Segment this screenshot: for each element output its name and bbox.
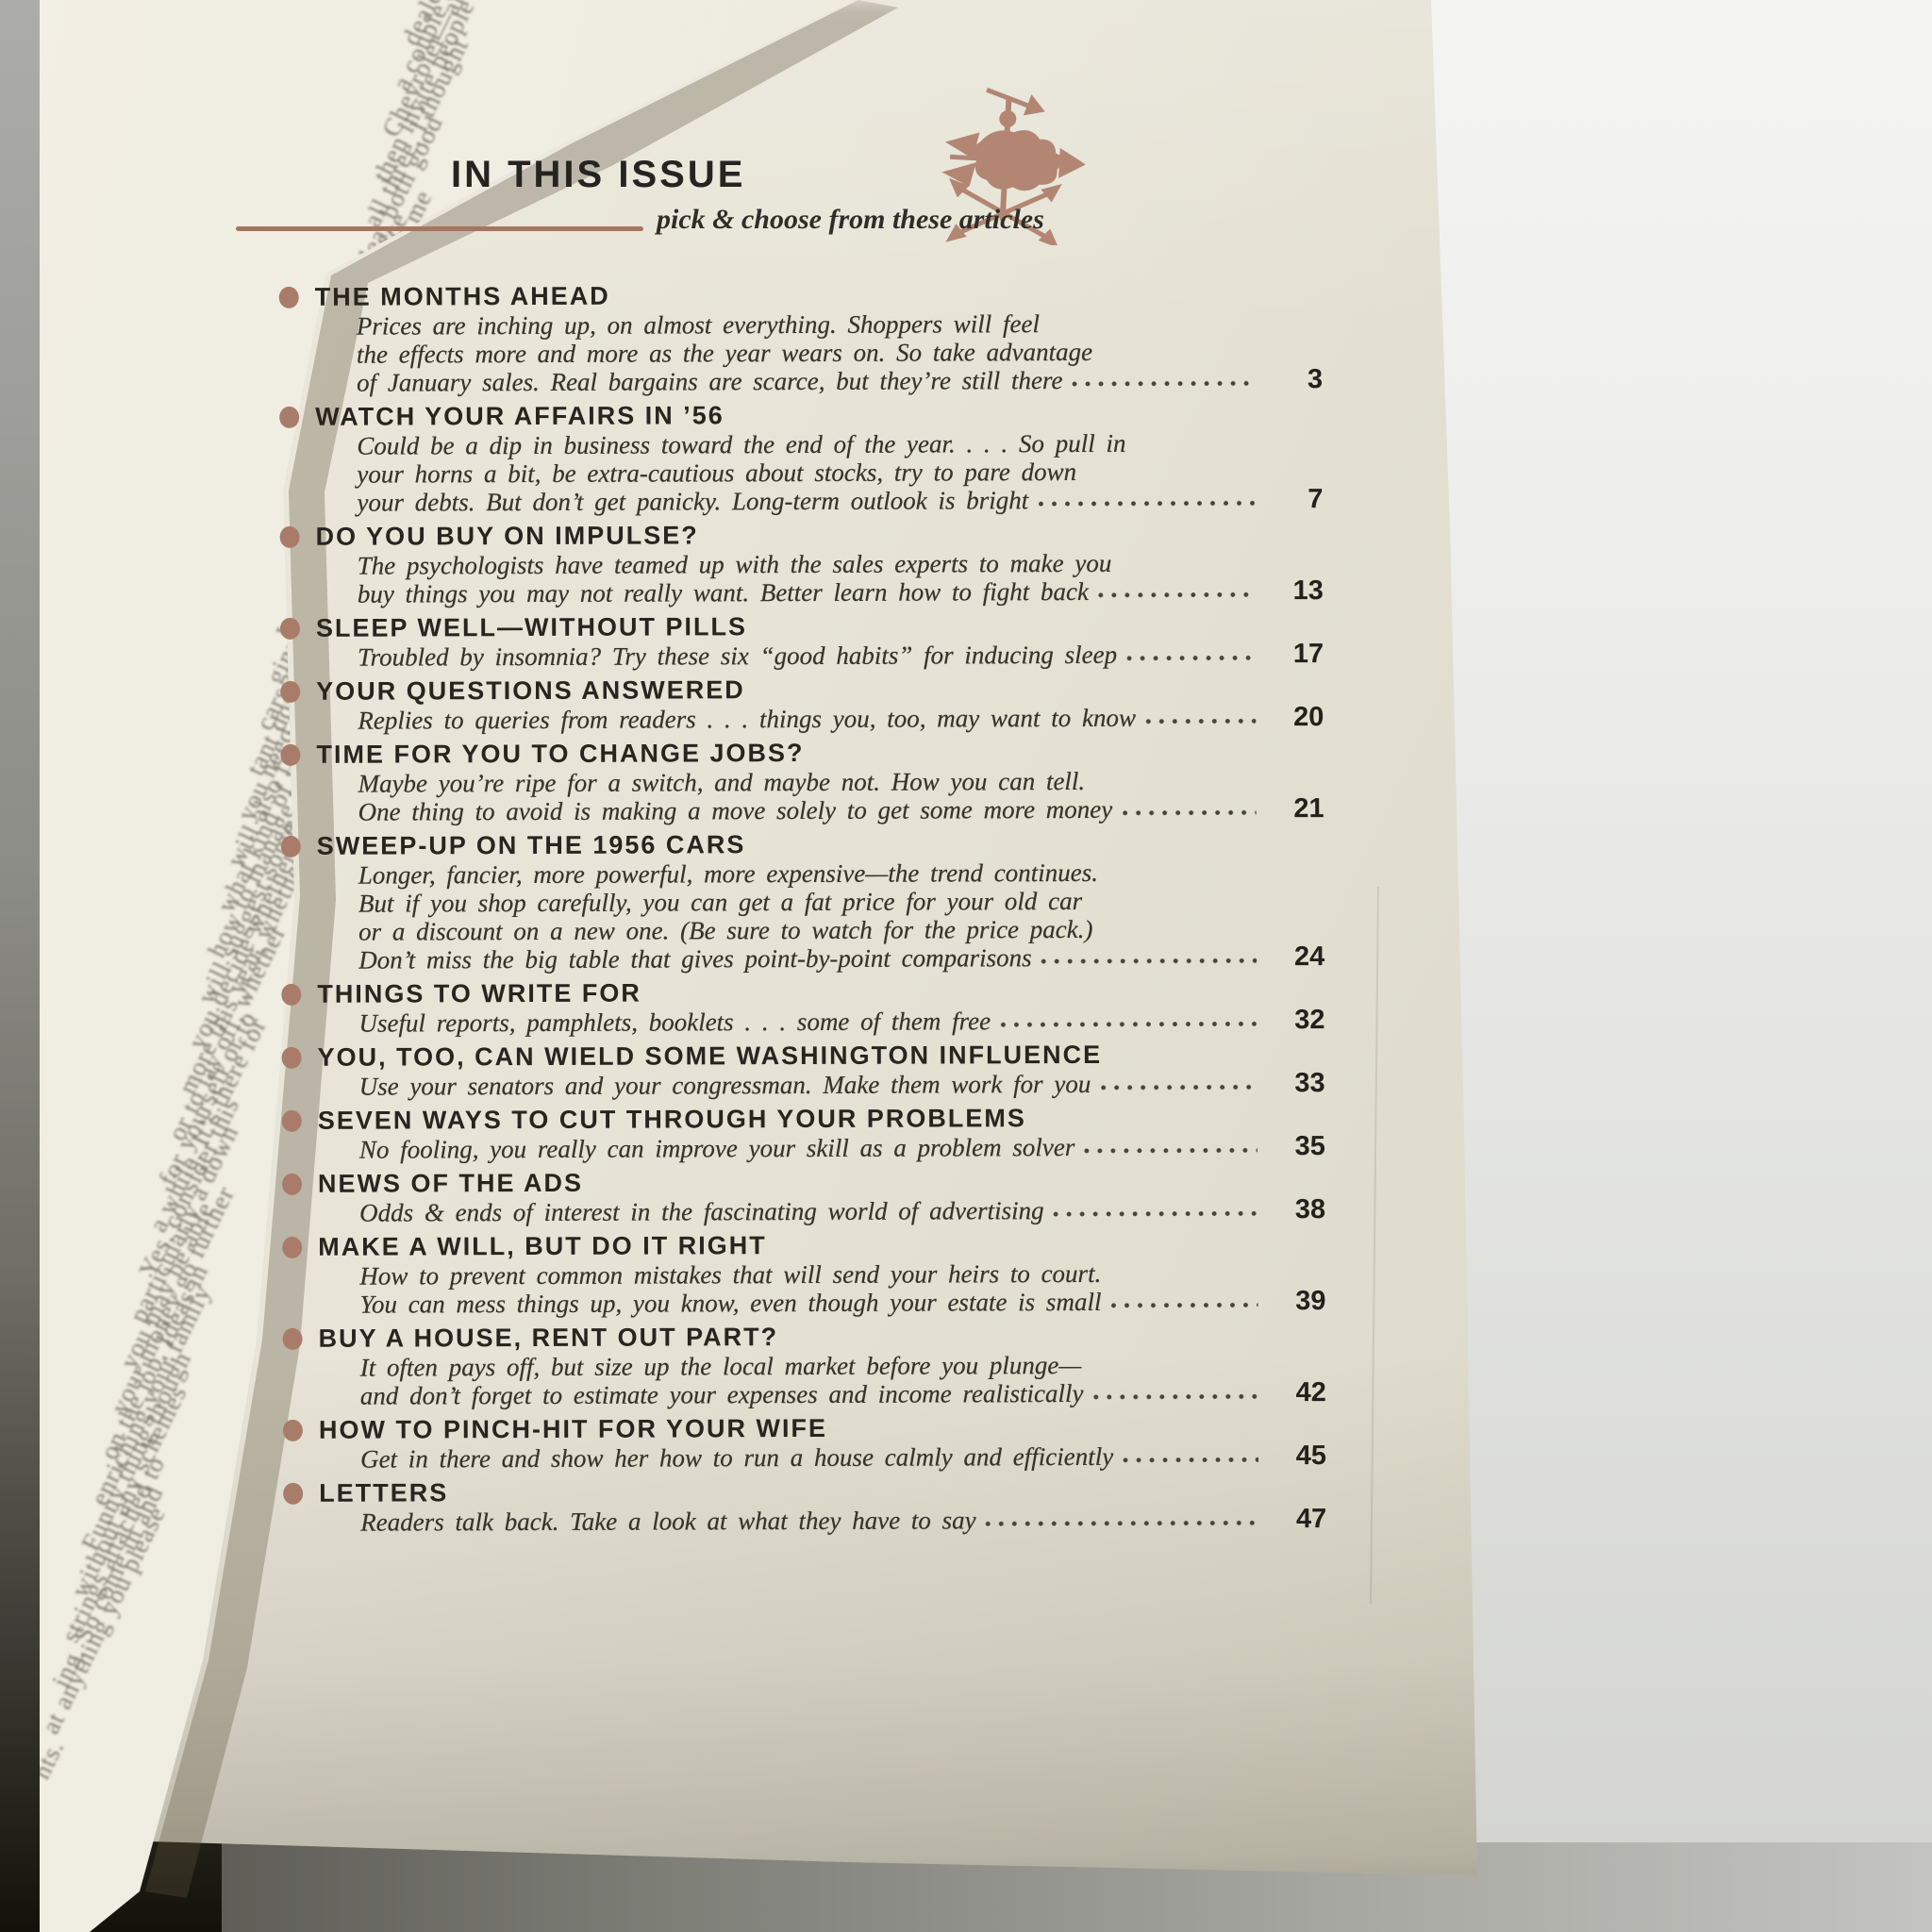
bullet-icon <box>280 617 300 639</box>
article-title: SWEEP-UP ON THE 1956 CARS <box>317 829 746 861</box>
dotted-leader <box>986 1519 1259 1527</box>
dotted-leader <box>1126 654 1256 661</box>
article-title: LETTERS <box>319 1477 448 1507</box>
bullet-icon <box>283 1327 303 1349</box>
article-description-line: Useful reports, pamphlets, booklets . . … <box>358 1006 1324 1038</box>
article-description-line: How to prevent common mistakes that will… <box>359 1258 1325 1291</box>
article-title: YOUR QUESTIONS ANSWERED <box>316 675 745 707</box>
bullet-icon <box>281 983 301 1005</box>
article-page-number: 39 <box>1265 1287 1325 1315</box>
article-description-line: Don’t miss the big table that gives poin… <box>358 942 1324 974</box>
article-description-line: of January sales. Real bargains are scar… <box>357 365 1323 397</box>
article-description-line: and don’t forget to estimate your expens… <box>360 1378 1326 1410</box>
article-page-number: 45 <box>1266 1441 1326 1470</box>
dotted-leader <box>1000 1020 1257 1028</box>
bullet-icon <box>279 286 299 308</box>
dotted-leader <box>1041 957 1257 965</box>
article-title: YOU, TOO, CAN WIELD SOME WASHINGTON INFL… <box>318 1040 1103 1073</box>
article-page-number: 7 <box>1262 485 1323 513</box>
article-page-number: 3 <box>1262 365 1323 393</box>
dotted-leader <box>1145 717 1256 724</box>
article-title: TIME FOR YOU TO CHANGE JOBS? <box>316 738 804 770</box>
title-rule <box>236 226 643 231</box>
page-title: IN THIS ISSUE <box>451 154 745 196</box>
bullet-icon <box>281 835 301 857</box>
article-title: BUY A HOUSE, RENT OUT PART? <box>319 1322 779 1354</box>
article-entry: YOU, TOO, CAN WIELD SOME WASHINGTON INFL… <box>282 1039 1325 1101</box>
article-description-line: You can mess things up, you know, even t… <box>359 1287 1325 1319</box>
bullet-icon <box>283 1419 303 1441</box>
article-description-line: It often pays off, but size up the local… <box>360 1350 1326 1382</box>
dotted-leader <box>1038 499 1255 508</box>
article-description-line: Troubled by insomnia? Try these six “goo… <box>358 640 1324 672</box>
article-entry: WATCH YOUR AFFAIRS IN ’56Could be a dip … <box>279 398 1323 517</box>
article-description-line: Odds & ends of interest in the fascinati… <box>359 1195 1325 1227</box>
bullet-icon <box>280 680 300 702</box>
article-description-line: Could be a dip in business toward the en… <box>357 428 1323 460</box>
tagline: pick & choose from these articles <box>657 204 1044 236</box>
article-entry: MAKE A WILL, BUT DO IT RIGHTHow to preve… <box>282 1228 1325 1319</box>
article-description-line: Get in there and show her how to run a h… <box>360 1441 1326 1474</box>
article-title: SEVEN WAYS TO CUT THROUGH YOUR PROBLEMS <box>318 1103 1026 1136</box>
article-entry: TIME FOR YOU TO CHANGE JOBS?Maybe you’re… <box>280 736 1324 826</box>
article-entry: BUY A HOUSE, RENT OUT PART?It often pays… <box>283 1320 1326 1410</box>
bullet-icon <box>282 1046 302 1068</box>
article-description-line: No fooling, you really can improve your … <box>359 1132 1325 1164</box>
article-title: HOW TO PINCH-HIT FOR YOUR WIFE <box>319 1413 827 1445</box>
dotted-leader <box>1098 591 1256 599</box>
article-entry: LETTERSReaders talk back. Take a look at… <box>283 1474 1326 1537</box>
article-page-number: 20 <box>1263 703 1324 731</box>
article-title: THE MONTHS AHEAD <box>315 281 610 312</box>
article-page-number: 17 <box>1263 640 1324 668</box>
dotted-leader <box>1122 808 1256 816</box>
article-title: DO YOU BUY ON IMPULSE? <box>316 520 699 551</box>
article-entry: YOUR QUESTIONS ANSWEREDReplies to querie… <box>280 673 1324 735</box>
bullet-icon <box>279 406 299 427</box>
bullet-icon <box>282 1109 302 1131</box>
article-description-line: Prices are inching up, on almost everyth… <box>357 308 1323 341</box>
article-title: MAKE A WILL, BUT DO IT RIGHT <box>318 1230 767 1262</box>
article-page-number: 21 <box>1264 794 1324 823</box>
dotted-leader <box>1110 1301 1257 1309</box>
article-entry: THE MONTHS AHEADPrices are inching up, o… <box>279 278 1323 397</box>
article-title: WATCH YOUR AFFAIRS IN ’56 <box>315 400 724 432</box>
dotted-leader <box>1084 1146 1257 1155</box>
article-page-number: 35 <box>1265 1132 1325 1160</box>
magazine-photo: dealer whoa couple of compChevrolet—alon… <box>0 0 1932 1932</box>
article-title: THINGS TO WRITE FOR <box>317 978 641 1009</box>
article-description-line: buy things you may not really want. Bett… <box>358 576 1324 608</box>
article-description-line: The psychologists have teamed up with th… <box>358 548 1324 580</box>
article-entry: THINGS TO WRITE FORUseful reports, pamph… <box>281 975 1324 1038</box>
article-page-number: 33 <box>1265 1069 1325 1097</box>
article-description-line: your horns a bit, be extra-cautious abou… <box>357 457 1323 489</box>
article-entry: SLEEP WELL—WITHOUT PILLSTroubled by inso… <box>280 609 1324 672</box>
bullet-icon <box>280 743 300 765</box>
article-page-number: 13 <box>1263 576 1324 605</box>
article-description-line: the effects more and more as the year we… <box>357 337 1323 369</box>
article-title: SLEEP WELL—WITHOUT PILLS <box>316 611 747 643</box>
article-description-line: But if you shop carefully, you can get a… <box>358 886 1324 918</box>
article-entry: DO YOU BUY ON IMPULSE?The psychologists … <box>280 518 1324 608</box>
bullet-icon <box>283 1482 303 1504</box>
article-description-line: One thing to avoid is making a move sole… <box>358 794 1324 826</box>
article-list: THE MONTHS AHEADPrices are inching up, o… <box>279 274 1327 1537</box>
article-entry: HOW TO PINCH-HIT FOR YOUR WIFEGet in the… <box>283 1411 1326 1474</box>
article-description-line: Use your senators and your congressman. … <box>359 1069 1325 1101</box>
dotted-leader <box>1072 379 1255 388</box>
article-entry: SEVEN WAYS TO CUT THROUGH YOUR PROBLEMSN… <box>282 1102 1325 1164</box>
article-page-number: 32 <box>1264 1006 1324 1034</box>
contents-page-content: IN THIS ISSUE <box>0 0 1932 1932</box>
article-page-number: 42 <box>1266 1378 1326 1407</box>
article-page-number: 38 <box>1265 1195 1325 1224</box>
article-entry: NEWS OF THE ADSOdds & ends of interest i… <box>282 1165 1325 1227</box>
bullet-icon <box>280 525 300 547</box>
article-entry: SWEEP-UP ON THE 1956 CARSLonger, fancier… <box>281 827 1325 974</box>
article-page-number: 47 <box>1266 1505 1326 1533</box>
article-description-line: your debts. But don’t get panicky. Long-… <box>357 485 1323 517</box>
article-description-line: or a discount on a new one. (Be sure to … <box>358 914 1324 946</box>
article-description-line: Readers talk back. Take a look at what t… <box>360 1505 1326 1537</box>
article-page-number: 24 <box>1264 942 1324 971</box>
dotted-leader <box>1123 1456 1258 1464</box>
title-underline-row: pick & choose from these articles <box>236 204 1044 236</box>
dotted-leader <box>1100 1083 1257 1091</box>
article-description-line: Maybe you’re ripe for a switch, and mayb… <box>358 766 1324 798</box>
article-description-line: Longer, fancier, more powerful, more exp… <box>358 858 1324 890</box>
article-description-line: Replies to queries from readers . . . th… <box>358 703 1324 735</box>
bullet-icon <box>282 1173 302 1194</box>
dotted-leader <box>1054 1209 1258 1218</box>
bullet-icon <box>282 1236 302 1257</box>
article-title: NEWS OF THE ADS <box>318 1168 583 1199</box>
dotted-leader <box>1092 1392 1257 1401</box>
